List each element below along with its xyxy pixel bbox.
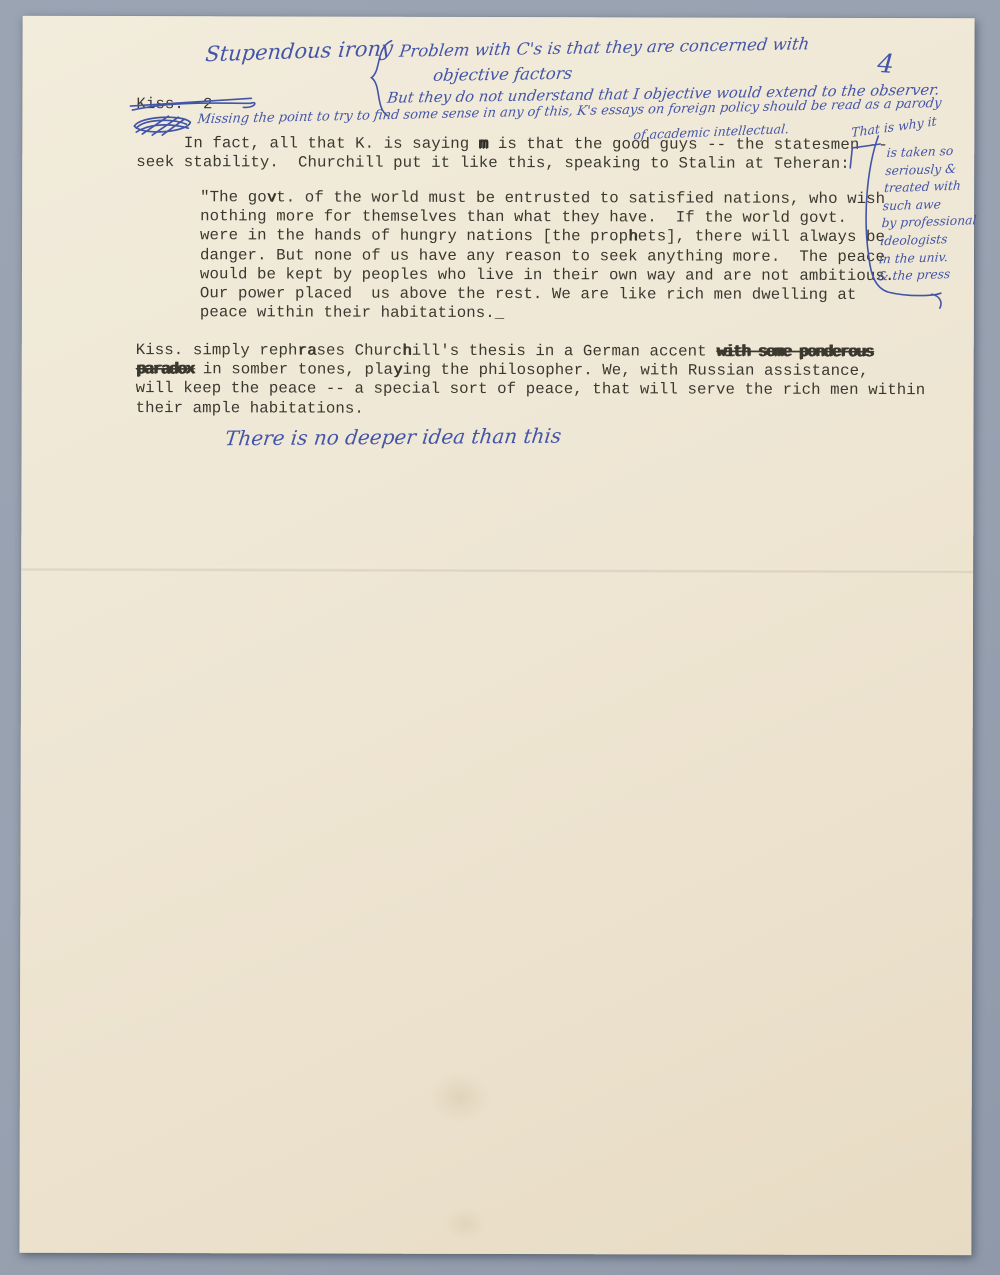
text-line: Our power placed us above the rest. We a… — [200, 284, 895, 305]
margin-note-bracket — [932, 294, 941, 308]
paragraph-intro: In fact, all that K. is saying m is that… — [136, 134, 888, 174]
text-line: nothing more for themselves than what th… — [200, 207, 895, 228]
overstruck-text: h — [402, 342, 412, 360]
paper-sheet: Kiss. 2 In fact, all that K. is saying m… — [19, 16, 974, 1255]
churchill-quote-block: "The govt. of the world must be entruste… — [200, 188, 895, 324]
paper-stain — [443, 1207, 487, 1241]
text-line: In fact, all that K. is saying m is that… — [136, 134, 888, 155]
handwritten-note-no-deeper-idea: There is no deeper idea than this — [224, 424, 563, 451]
overstruck-text: with some ponderous — [716, 343, 872, 361]
overstruck-text: m — [479, 135, 489, 153]
paper-stain — [428, 1072, 492, 1124]
fold-crease — [21, 567, 973, 574]
text-line: will keep the peace -- a special sort of… — [136, 379, 926, 400]
overstruck-text: v — [267, 188, 277, 206]
overstruck-text: h — [628, 228, 638, 246]
scribbled-out-word — [134, 116, 190, 135]
overstruck-text: paradox — [136, 360, 194, 378]
text-line: "The govt. of the world must be entruste… — [200, 188, 895, 209]
text-line: peace within their habitations._ — [200, 303, 895, 324]
paragraph-commentary: Kiss. simply rephrases Churchill's thesi… — [136, 341, 926, 420]
handwritten-margin-note: is taken soseriously &treated withsuch a… — [877, 142, 982, 286]
text-line: by professional — [881, 213, 977, 234]
text-line: seek stability. Churchill put it like th… — [136, 153, 888, 174]
text-line: their ample habitations. — [136, 399, 926, 420]
text-line: Kiss. simply rephrases Churchill's thesi… — [136, 341, 926, 362]
overstruck-text: y — [393, 361, 403, 379]
handwritten-note-problem-line2: objective factors — [432, 64, 573, 85]
handwritten-note-problem-line1: Problem with C's is that they are concer… — [398, 34, 810, 61]
text-line: would be kept by peoples who live in the… — [200, 265, 895, 286]
text-line: were in the hands of hungry nations [the… — [200, 227, 895, 248]
handwritten-page-number: 4 — [876, 49, 895, 80]
text-line: danger. But none of us have any reason t… — [200, 246, 895, 267]
handwritten-note-stupendous-irony: Stupendous irony — [204, 36, 394, 66]
overstruck-text: ra — [297, 341, 316, 359]
text-line: paradox in somber tones, playing the phi… — [136, 360, 926, 381]
text-line: & the press — [877, 265, 973, 286]
handwritten-margin-note-intro: That is why it — [851, 113, 936, 140]
